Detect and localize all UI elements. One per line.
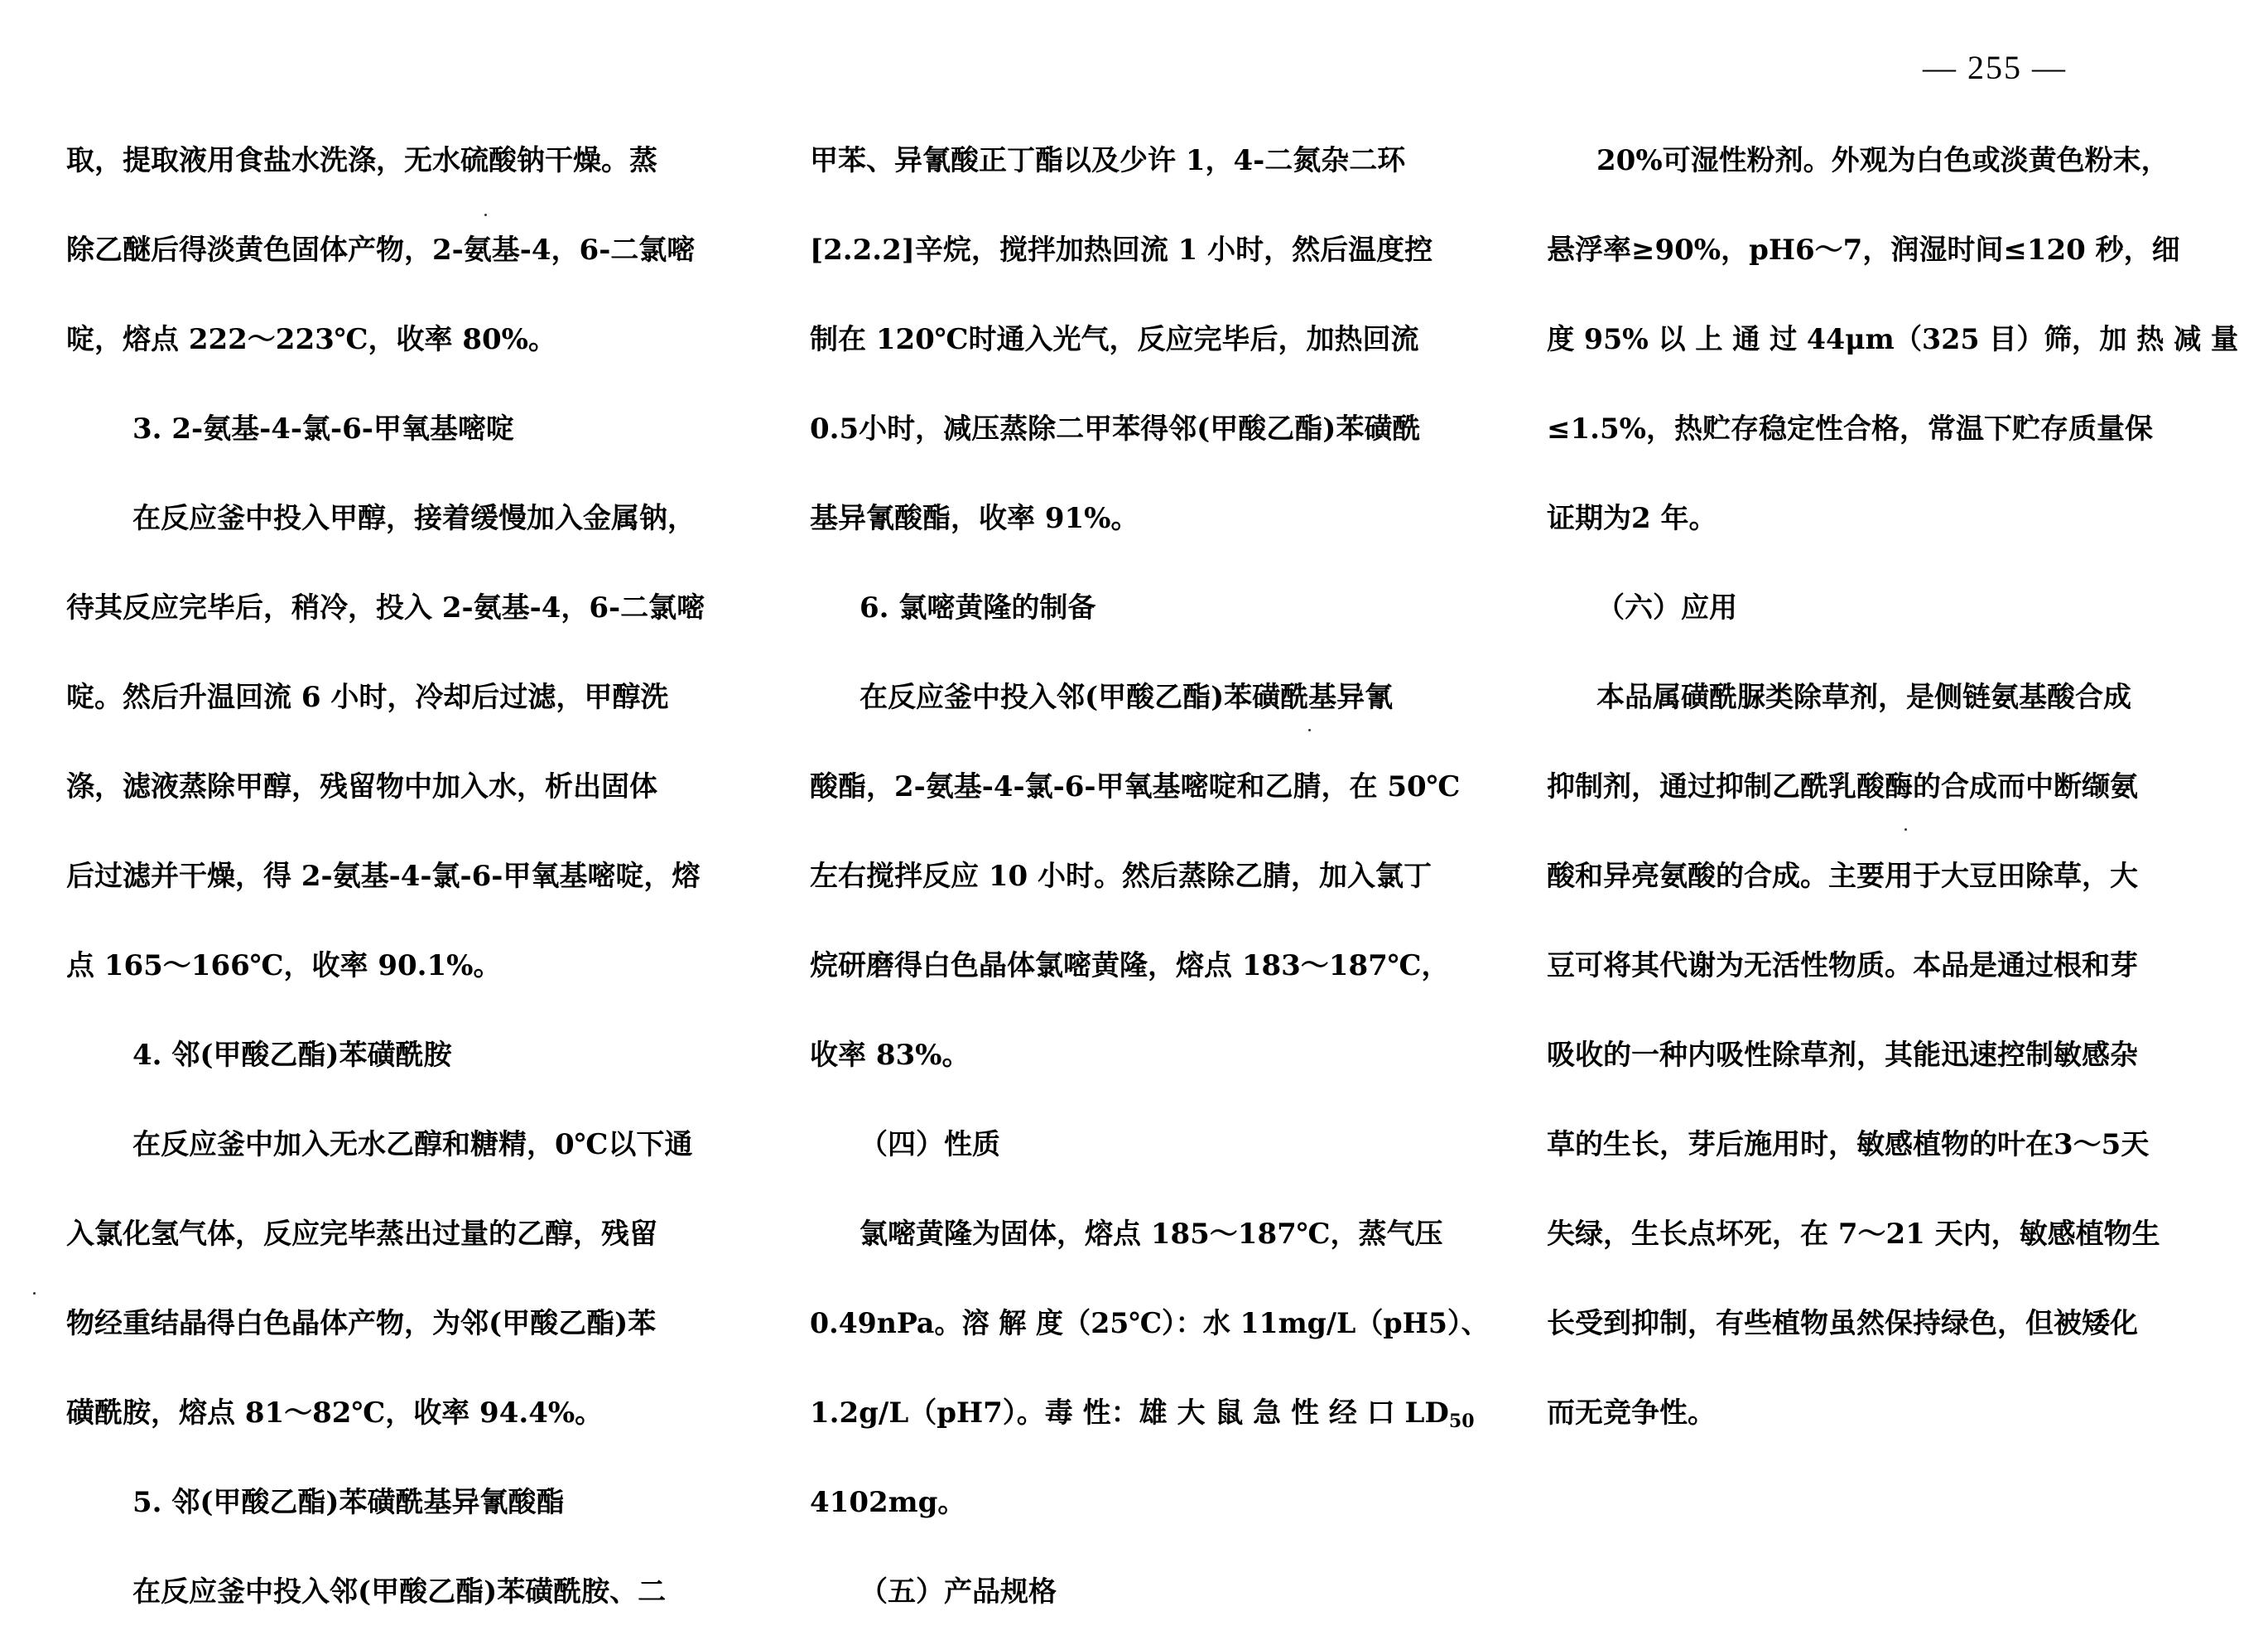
paragraph-line: 而无竞争性。 — [1547, 1388, 1716, 1438]
paragraph-line: 在反应釜中投入甲醇，接着缓慢加入金属钠， — [132, 494, 696, 543]
paragraph-line: 甲苯、异氰酸正丁酯以及少许 1，4-二氮杂二环 — [810, 136, 1405, 186]
section-heading-specs: （五）产品规格 — [860, 1567, 1057, 1617]
paragraph-line: 制在 120℃时通入光气，反应完毕后，加热回流 — [810, 315, 1419, 364]
paragraph-line: ≤1.5%，热贮存稳定性合格，常温下贮存质量保 — [1547, 404, 2153, 454]
paragraph-line: 啶，熔点 222～223℃，收率 80%。 — [66, 315, 556, 364]
paragraph-line: 失绿，生长点坏死，在 7～21 天内，敏感植物生 — [1547, 1209, 2160, 1259]
paragraph-line: 取，提取液用食盐水洗涤，无水硫酸钠干燥。蒸 — [66, 136, 657, 186]
page-number: — 255 — — [1923, 48, 2067, 87]
paragraph-line: 除乙醚后得淡黄色固体产物，2-氨基-4，6-二氯嘧 — [66, 225, 695, 275]
section-heading: 3. 2-氨基-4-氯-6-甲氧基嘧啶 — [132, 404, 514, 454]
section-heading: 5. 邻(甲酸乙酯)苯磺酰基异氰酸酯 — [132, 1478, 565, 1527]
paragraph-line: 悬浮率≥90%，pH6～7，润湿时间≤120 秒，细 — [1547, 225, 2180, 275]
paragraph-line: 草的生长，芽后施用时，敏感植物的叶在3～5天 — [1547, 1120, 2149, 1170]
paragraph-line: 后过滤并干燥，得 2-氨基-4-氯-6-甲氧基嘧啶，熔 — [66, 851, 700, 901]
paragraph-line: 酸酯，2-氨基-4-氯-6-甲氧基嘧啶和乙腈，在 50℃ — [810, 762, 1460, 812]
toxicity-text: 1.2g/L（pH7）。毒 性：雄 大 鼠 急 性 经 口 LD — [810, 1396, 1449, 1430]
section-heading: 4. 邻(甲酸乙酯)苯磺酰胺 — [132, 1030, 452, 1080]
paragraph-line: 左右搅拌反应 10 小时。然后蒸除乙腈，加入氯丁 — [810, 851, 1432, 901]
paragraph-line: 4102mg。 — [810, 1478, 965, 1527]
paragraph-line: 20%可湿性粉剂。外观为白色或淡黄色粉末， — [1596, 136, 2169, 186]
scan-speck — [484, 214, 487, 216]
paragraph-line: 收率 83%。 — [810, 1030, 970, 1080]
section-heading-application: （六）应用 — [1596, 583, 1737, 633]
paragraph-line: 酸和异亮氨酸的合成。主要用于大豆田除草，大 — [1547, 851, 2138, 901]
paragraph-line: 基异氰酸酯，收率 91%。 — [810, 494, 1139, 543]
scan-speck — [1308, 729, 1311, 731]
paragraph-line: 烷研磨得白色晶体氯嘧黄隆，熔点 183～187℃， — [810, 941, 1450, 991]
scan-speck — [33, 1292, 36, 1295]
paragraph-line: 长受到抑制，有些植物虽然保持绿色，但被矮化 — [1547, 1299, 2138, 1348]
paragraph-line: 豆可将其代谢为无活性物质。本品是通过根和芽 — [1547, 941, 2138, 991]
paragraph-line: 磺酰胺，熔点 81～82℃，收率 94.4%。 — [66, 1388, 603, 1438]
subscript: 50 — [1449, 1411, 1475, 1432]
paragraph-line: 点 165～166℃，收率 90.1%。 — [66, 941, 501, 991]
paragraph-line: 吸收的一种内吸性除草剂，其能迅速控制敏感杂 — [1547, 1030, 2138, 1080]
paragraph-line: 氯嘧黄隆为固体，熔点 185～187℃，蒸气压 — [860, 1209, 1443, 1259]
paragraph-line: 啶。然后升温回流 6 小时，冷却后过滤，甲醇洗 — [66, 673, 668, 722]
paragraph-line: 1.2g/L（pH7）。毒 性：雄 大 鼠 急 性 经 口 LD50 — [810, 1388, 1475, 1438]
paragraph-line: 入氯化氢气体，反应完毕蒸出过量的乙醇，残留 — [66, 1209, 657, 1259]
section-heading: 6. 氯嘧黄隆的制备 — [860, 583, 1095, 633]
paragraph-line: 涤，滤液蒸除甲醇，残留物中加入水，析出固体 — [66, 762, 657, 812]
paragraph-line: 在反应釜中投入邻(甲酸乙酯)苯磺酰胺、二 — [132, 1567, 666, 1617]
paragraph-line: 在反应釜中加入无水乙醇和糖精，0℃以下通 — [132, 1120, 692, 1170]
paragraph-line: 抑制剂，通过抑制乙酰乳酸酶的合成而中断缬氨 — [1547, 762, 2138, 812]
paragraph-line: 待其反应完毕后，稍冷，投入 2-氨基-4，6-二氯嘧 — [66, 583, 705, 633]
paragraph-line: 本品属磺酰脲类除草剂，是侧链氨基酸合成 — [1596, 673, 2131, 722]
paragraph-line: 物经重结晶得白色晶体产物，为邻(甲酸乙酯)苯 — [66, 1299, 656, 1348]
paragraph-line: 在反应釜中投入邻(甲酸乙酯)苯磺酰基异氰 — [860, 673, 1393, 722]
section-heading-properties: （四）性质 — [860, 1120, 1000, 1170]
paragraph-line: 0.49nPa。溶 解 度（25℃）：水 11mg/L（pH5）、 — [810, 1299, 1489, 1348]
paragraph-line: [2.2.2]辛烷，搅拌加热回流 1 小时，然后温度控 — [810, 225, 1433, 275]
paragraph-line: 0.5小时，减压蒸除二甲苯得邻(甲酸乙酯)苯磺酰 — [810, 404, 1420, 454]
paragraph-line: 度 95% 以 上 通 过 44μm（325 目）筛，加 热 减 量 — [1547, 315, 2238, 364]
paragraph-line: 证期为2 年。 — [1547, 494, 1717, 543]
scan-speck — [1904, 828, 1907, 831]
